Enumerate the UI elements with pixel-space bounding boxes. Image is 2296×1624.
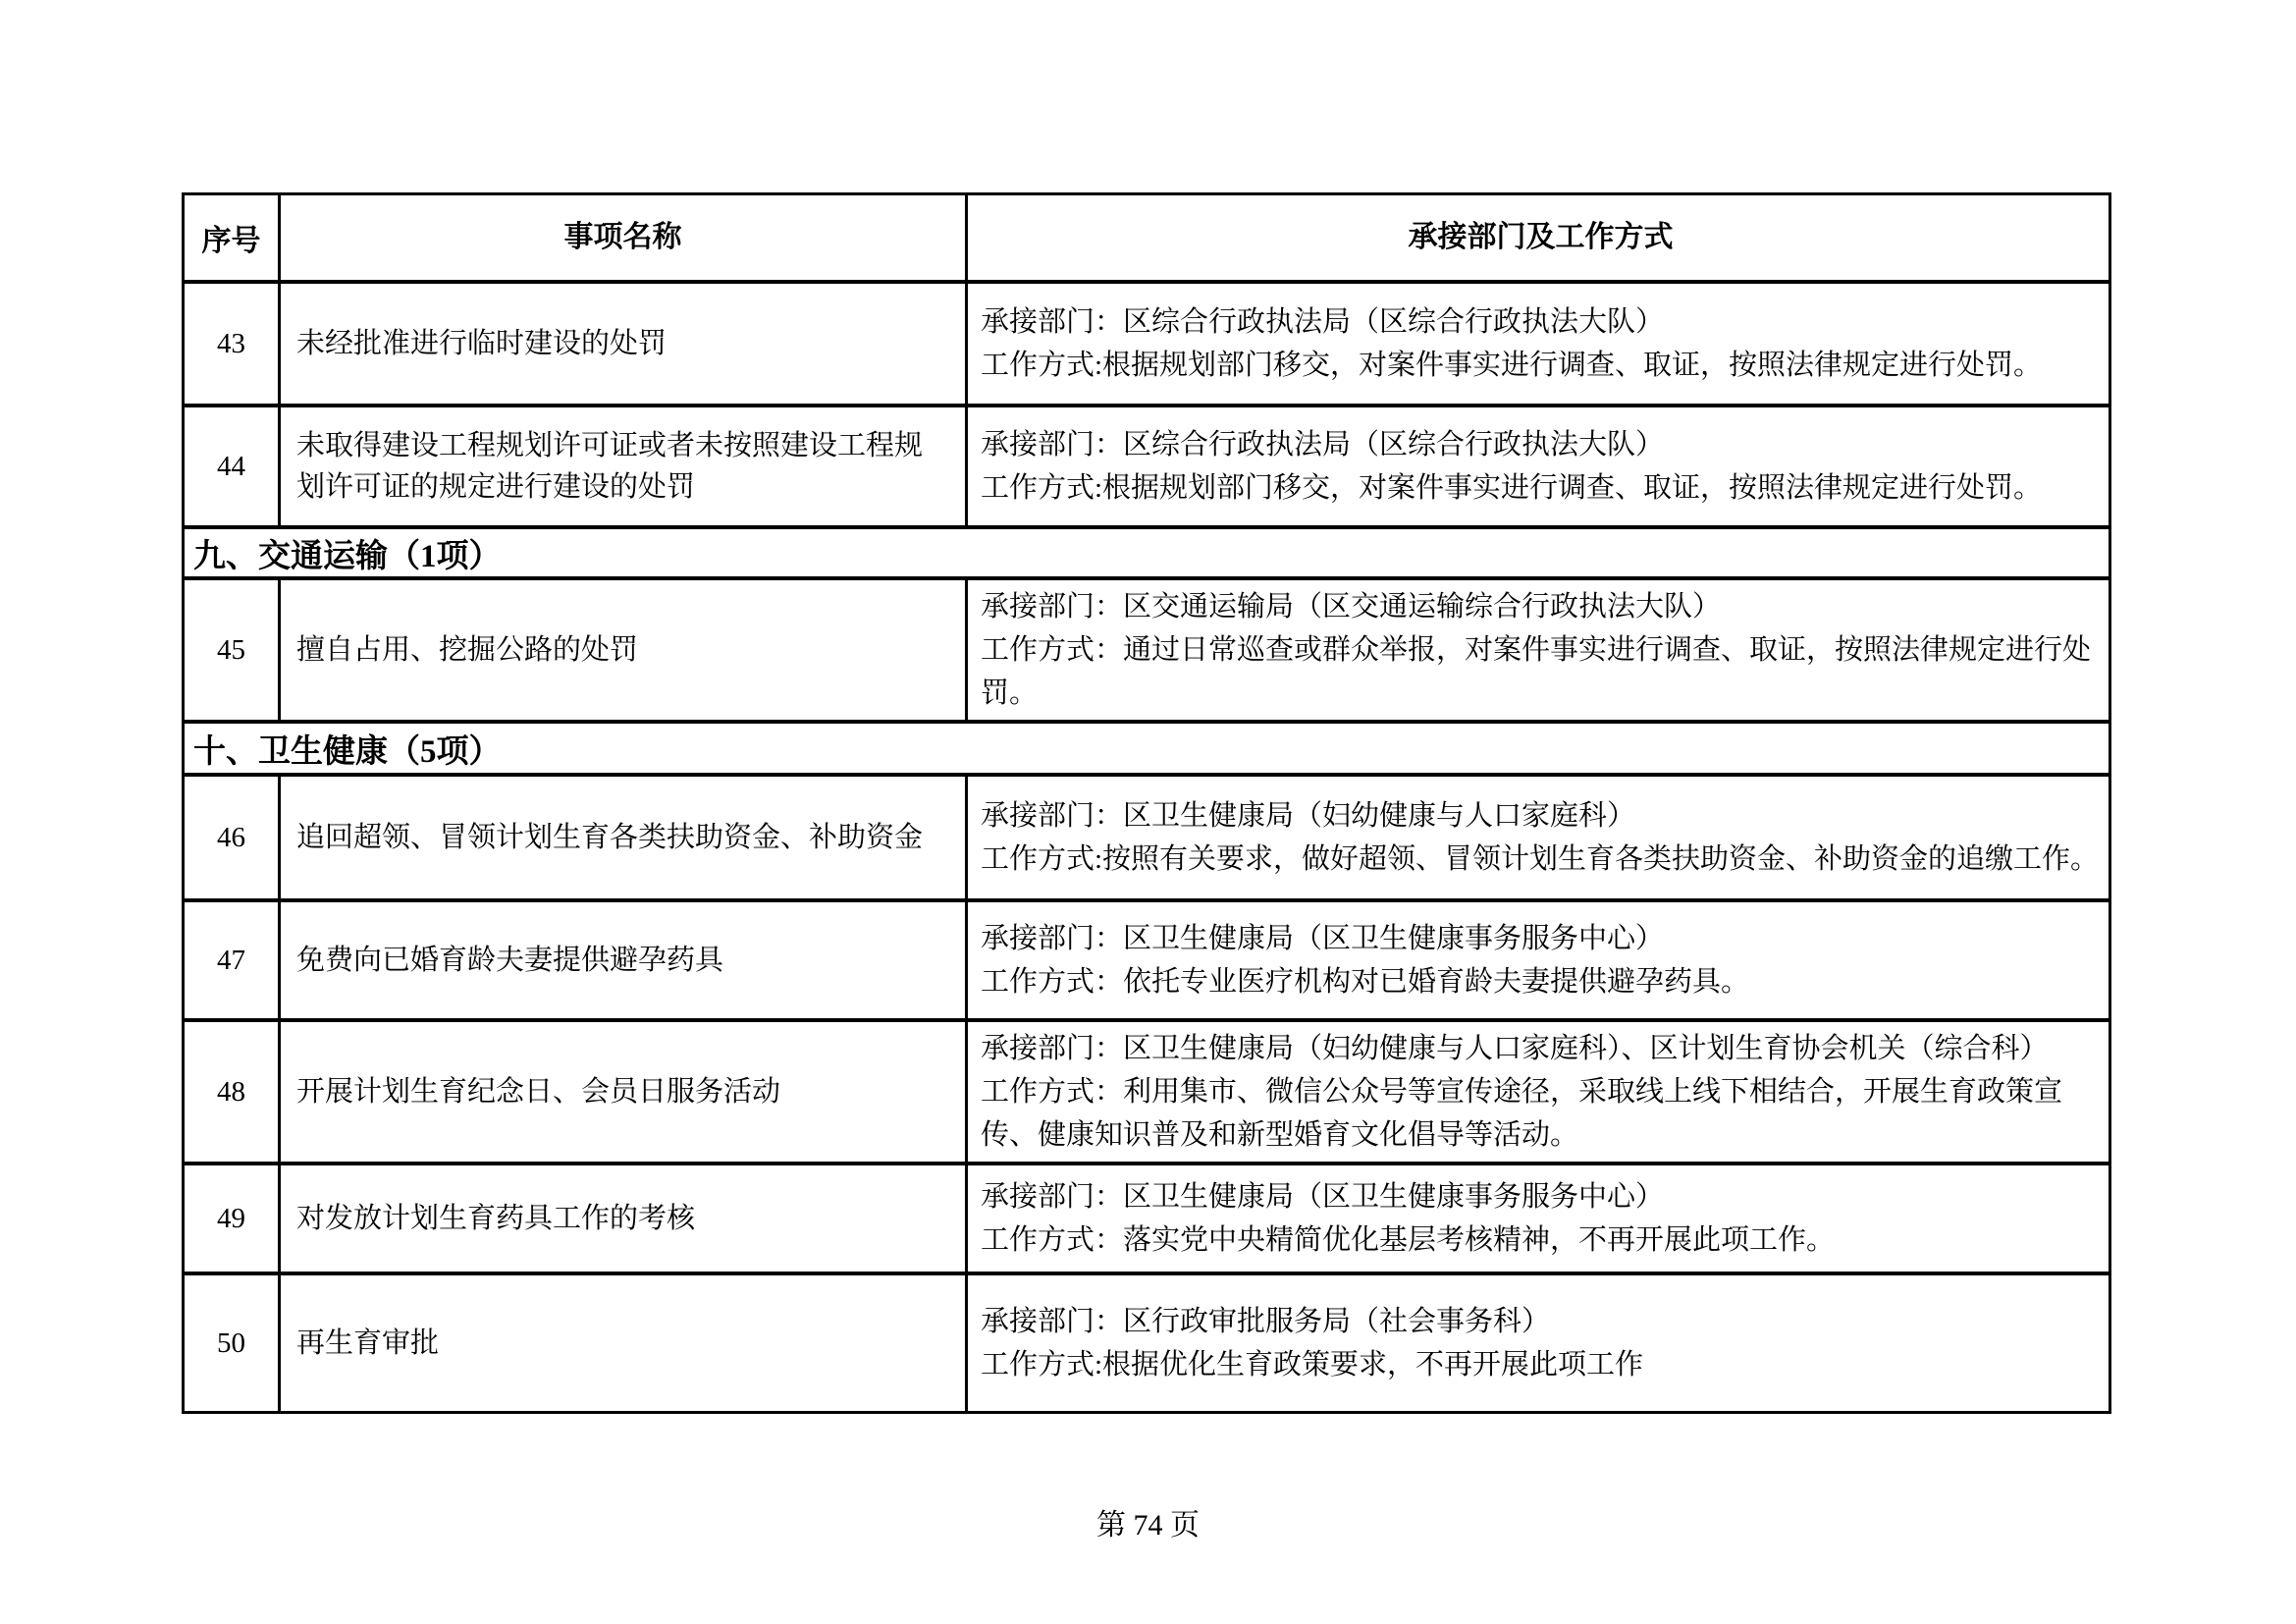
dept-method-cell: 承接部门：区交通运输局（区交通运输综合行政执法大队） 工作方式：通过日常巡查或群…: [968, 580, 2109, 720]
dept-line: 承接部门：区卫生健康局（区卫生健康事务服务中心）: [981, 917, 2101, 960]
method-line: 工作方式:根据规划部门移交，对案件事实进行调查、取证，按照法律规定进行处罚。: [981, 344, 2101, 387]
item-name-cell: 未取得建设工程规划许可证或者未按照建设工程规划许可证的规定进行建设的处罚: [281, 407, 968, 525]
items-table: 序号 事项名称 承接部门及工作方式 43 未经批准进行临时建设的处罚 承接部门：…: [182, 192, 2111, 1414]
method-line: 工作方式:按照有关要求，做好超领、冒领计划生育各类扶助资金、补助资金的追缴工作。: [981, 838, 2101, 881]
row-number-cell: 48: [185, 1022, 281, 1162]
item-name-cell: 擅自占用、挖掘公路的处罚: [281, 580, 968, 720]
item-name-text: 未取得建设工程规划许可证或者未按照建设工程规划许可证的规定进行建设的处罚: [296, 425, 949, 508]
method-line: 工作方式：利用集市、微信公众号等宣传途径，采取线上线下相结合，开展生育政策宣传、…: [981, 1070, 2101, 1157]
dept-line: 承接部门：区综合行政执法局（区综合行政执法大队）: [981, 423, 2101, 466]
dept-line: 承接部门：区卫生健康局（妇幼健康与人口家庭科）、区计划生育协会机关（综合科）: [981, 1027, 2101, 1070]
header-item-name: 事项名称: [281, 195, 968, 280]
method-line: 工作方式:根据优化生育政策要求，不再开展此项工作: [981, 1343, 2101, 1386]
table-row: 43 未经批准进行临时建设的处罚 承接部门：区综合行政执法局（区综合行政执法大队…: [185, 280, 2109, 404]
dept-method-cell: 承接部门：区综合行政执法局（区综合行政执法大队） 工作方式:根据规划部门移交，对…: [968, 284, 2109, 404]
table-row: 49 对发放计划生育药具工作的考核 承接部门：区卫生健康局（区卫生健康事务服务中…: [185, 1162, 2109, 1272]
method-line: 工作方式：落实党中央精简优化基层考核精神，不再开展此项工作。: [981, 1218, 2101, 1262]
row-number-cell: 50: [185, 1275, 281, 1411]
page-number: 第 74 页: [0, 1500, 2296, 1543]
item-name-text: 追回超领、冒领计划生育各类扶助资金、补助资金: [296, 817, 923, 858]
row-number-cell: 44: [185, 407, 281, 525]
table-row: 47 免费向已婚育龄夫妻提供避孕药具 承接部门：区卫生健康局（区卫生健康事务服务…: [185, 898, 2109, 1018]
dept-method-cell: 承接部门：区卫生健康局（区卫生健康事务服务中心） 工作方式：落实党中央精简优化基…: [968, 1165, 2109, 1272]
dept-line: 承接部门：区综合行政执法局（区综合行政执法大队）: [981, 300, 2101, 344]
document-page: 序号 事项名称 承接部门及工作方式 43 未经批准进行临时建设的处罚 承接部门：…: [0, 0, 2296, 1624]
row-number-cell: 47: [185, 902, 281, 1018]
header-no: 序号: [185, 195, 281, 280]
table-header-row: 序号 事项名称 承接部门及工作方式: [185, 195, 2109, 280]
item-name-cell: 对发放计划生育药具工作的考核: [281, 1165, 968, 1272]
item-name-text: 对发放计划生育药具工作的考核: [296, 1198, 695, 1239]
dept-method-cell: 承接部门：区综合行政执法局（区综合行政执法大队） 工作方式:根据规划部门移交，对…: [968, 407, 2109, 525]
dept-method-cell: 承接部门：区卫生健康局（妇幼健康与人口家庭科）、区计划生育协会机关（综合科） 工…: [968, 1022, 2109, 1162]
dept-line: 承接部门：区卫生健康局（区卫生健康事务服务中心）: [981, 1175, 2101, 1218]
item-name-cell: 追回超领、冒领计划生育各类扶助资金、补助资金: [281, 777, 968, 898]
item-name-cell: 再生育审批: [281, 1275, 968, 1411]
table-row: 46 追回超领、冒领计划生育各类扶助资金、补助资金 承接部门：区卫生健康局（妇幼…: [185, 773, 2109, 898]
dept-line: 承接部门：区卫生健康局（妇幼健康与人口家庭科）: [981, 794, 2101, 838]
dept-line: 承接部门：区交通运输局（区交通运输综合行政执法大队）: [981, 585, 2101, 628]
table-row: 45 擅自占用、挖掘公路的处罚 承接部门：区交通运输局（区交通运输综合行政执法大…: [185, 576, 2109, 720]
row-number-cell: 49: [185, 1165, 281, 1272]
item-name-cell: 免费向已婚育龄夫妻提供避孕药具: [281, 902, 968, 1018]
dept-method-cell: 承接部门：区行政审批服务局（社会事务科） 工作方式:根据优化生育政策要求，不再开…: [968, 1275, 2109, 1411]
row-number-cell: 43: [185, 284, 281, 404]
row-number-cell: 46: [185, 777, 281, 898]
section-band-transport: 九、交通运输（1项）: [185, 525, 2109, 576]
item-name-text: 再生育审批: [296, 1323, 439, 1364]
row-number-cell: 45: [185, 580, 281, 720]
table-row: 48 开展计划生育纪念日、会员日服务活动 承接部门：区卫生健康局（妇幼健康与人口…: [185, 1018, 2109, 1162]
item-name-cell: 开展计划生育纪念日、会员日服务活动: [281, 1022, 968, 1162]
method-line: 工作方式:根据规划部门移交，对案件事实进行调查、取证，按照法律规定进行处罚。: [981, 466, 2101, 510]
dept-method-cell: 承接部门：区卫生健康局（区卫生健康事务服务中心） 工作方式：依托专业医疗机构对已…: [968, 902, 2109, 1018]
item-name-text: 擅自占用、挖掘公路的处罚: [296, 629, 638, 671]
dept-line: 承接部门：区行政审批服务局（社会事务科）: [981, 1300, 2101, 1343]
dept-method-cell: 承接部门：区卫生健康局（妇幼健康与人口家庭科） 工作方式:按照有关要求，做好超领…: [968, 777, 2109, 898]
header-dept-method: 承接部门及工作方式: [968, 195, 2109, 280]
item-name-text: 免费向已婚育龄夫妻提供避孕药具: [296, 940, 723, 981]
item-name-text: 未经批准进行临时建设的处罚: [296, 323, 667, 364]
section-band-health: 十、卫生健康（5项）: [185, 720, 2109, 773]
method-line: 工作方式：依托专业医疗机构对已婚育龄夫妻提供避孕药具。: [981, 960, 2101, 1003]
item-name-cell: 未经批准进行临时建设的处罚: [281, 284, 968, 404]
table-row: 44 未取得建设工程规划许可证或者未按照建设工程规划许可证的规定进行建设的处罚 …: [185, 404, 2109, 525]
method-line: 工作方式：通过日常巡查或群众举报，对案件事实进行调查、取证，按照法律规定进行处罚…: [981, 628, 2101, 715]
table-row: 50 再生育审批 承接部门：区行政审批服务局（社会事务科） 工作方式:根据优化生…: [185, 1272, 2109, 1411]
item-name-text: 开展计划生育纪念日、会员日服务活动: [296, 1071, 780, 1112]
